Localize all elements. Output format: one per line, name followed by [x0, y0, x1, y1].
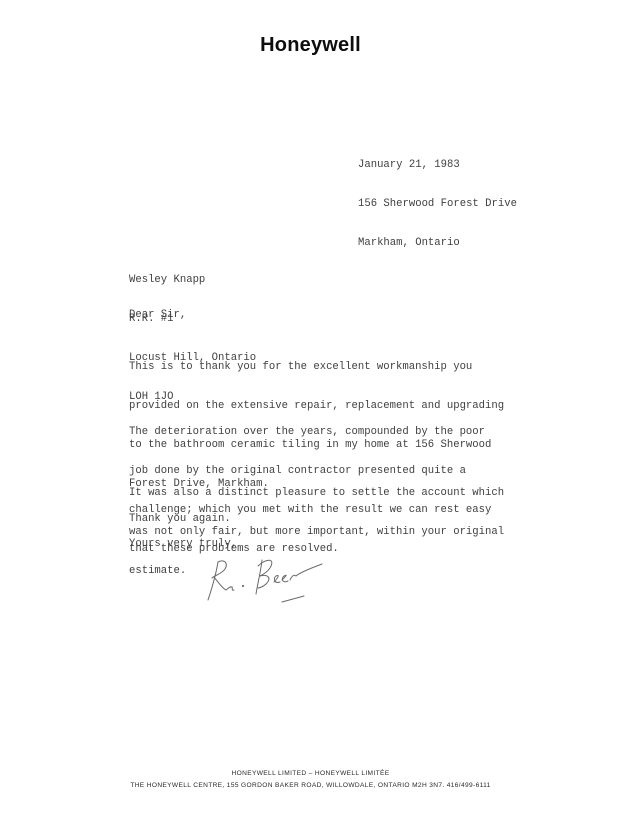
sender-street: 156 Sherwood Forest Drive	[358, 198, 517, 211]
company-logo: Honeywell	[0, 34, 621, 57]
letter-date: January 21, 1983	[358, 159, 517, 172]
footer-company-name: HONEYWELL LIMITED – HONEYWELL LIMITÉE	[0, 770, 621, 777]
sender-city: Markham, Ontario	[358, 237, 517, 250]
sign-off: Yours very truly,	[129, 538, 237, 551]
footer-address: THE HONEYWELL CENTRE, 155 GORDON BAKER R…	[0, 782, 621, 789]
paragraph-line: The deterioration over the years, compou…	[129, 426, 491, 439]
signature-icon	[196, 552, 356, 612]
recipient-name: Wesley Knapp	[129, 274, 256, 287]
sender-address-block: January 21, 1983 156 Sherwood Forest Dri…	[358, 133, 517, 263]
paragraph-line: This is to thank you for the excellent w…	[129, 361, 504, 374]
paragraph-line: It was also a distinct pleasure to settl…	[129, 487, 504, 500]
salutation: Dear Sir,	[129, 309, 186, 322]
thanks-line: Thank you again.	[129, 513, 231, 526]
